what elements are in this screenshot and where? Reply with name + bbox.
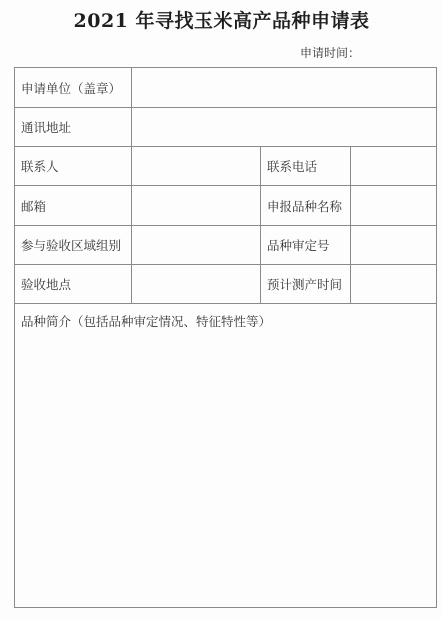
yield-test-time-label: 预计测产时间	[260, 265, 350, 303]
variety-name-label: 申报品种名称	[260, 186, 350, 225]
variety-intro-label: 品种简介（包括品种审定情况、特征特性等）	[21, 314, 271, 329]
contact-person-label: 联系人	[15, 147, 131, 185]
region-group-label: 参与验收区域组别	[15, 226, 131, 264]
contact-phone-field[interactable]	[350, 147, 436, 185]
approval-number-label: 品种审定号	[260, 226, 350, 264]
applicant-unit-field[interactable]	[131, 68, 436, 107]
address-label: 通讯地址	[15, 108, 131, 146]
address-field[interactable]	[131, 108, 436, 146]
acceptance-site-label: 验收地点	[15, 265, 131, 303]
row-applicant-unit: 申请单位（盖章）	[15, 68, 436, 108]
variety-name-field[interactable]	[350, 186, 436, 225]
row-contact: 联系人 联系电话	[15, 147, 436, 186]
row-group: 参与验收区域组别 品种审定号	[15, 226, 436, 265]
yield-test-time-field[interactable]	[350, 265, 436, 303]
row-site: 验收地点 预计测产时间	[15, 265, 436, 304]
email-label: 邮箱	[15, 186, 131, 225]
approval-number-field[interactable]	[350, 226, 436, 264]
region-group-field[interactable]	[131, 226, 260, 264]
applicant-unit-label: 申请单位（盖章）	[15, 68, 131, 107]
row-address: 通讯地址	[15, 108, 436, 147]
variety-intro-section[interactable]: 品种简介（包括品种审定情况、特征特性等）	[15, 304, 436, 607]
apply-time-label: 申请时间：	[300, 44, 360, 61]
email-field[interactable]	[131, 186, 260, 225]
contact-phone-label: 联系电话	[260, 147, 350, 185]
row-email: 邮箱 申报品种名称	[15, 186, 436, 226]
acceptance-site-field[interactable]	[131, 265, 260, 303]
form-title: 2021 年寻找玉米高产品种申请表	[0, 6, 443, 33]
contact-person-field[interactable]	[131, 147, 260, 185]
application-form-table: 申请单位（盖章） 通讯地址 联系人 联系电话 邮箱 申报品种名称 参与验收区域组…	[14, 67, 437, 608]
